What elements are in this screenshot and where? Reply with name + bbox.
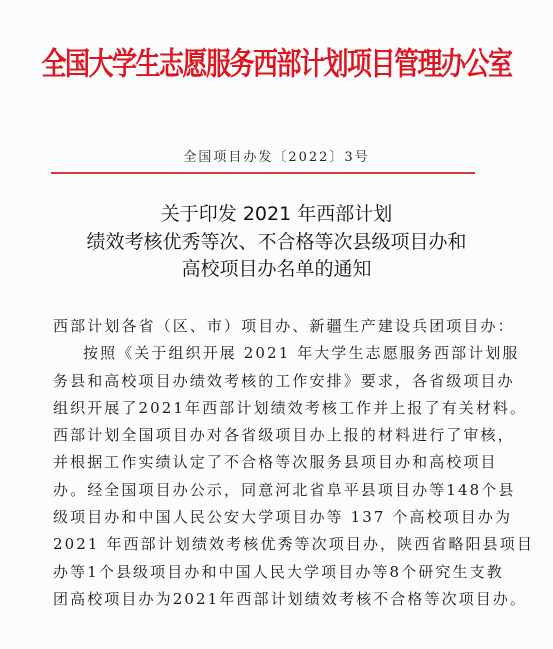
salutation: 西部计划各省（区、市）项目办、新疆生产建设兵团项目办： [53, 313, 473, 340]
body-line: 并根据工作实绩认定了不合格等次服务县项目办和高校项目 [53, 449, 473, 476]
body-line: 级项目办和中国人民公安大学项目办等 137 个高校项目办为 [53, 504, 473, 531]
document-body: 西部计划各省（区、市）项目办、新疆生产建设兵团项目办： 按照《关于组织开展 20… [53, 313, 473, 613]
title-line: 绩效考核优秀等次、不合格等次县级项目办和 [0, 229, 553, 257]
document-number: 全国项目办发〔2022〕3号 [0, 146, 553, 165]
body-line: 2021 年西部计划绩效考核优秀等次项目办，陕西省略阳县项目 [53, 531, 473, 558]
issuer-header: 全国大学生志愿服务西部计划项目管理办公室 [0, 40, 553, 85]
body-line: 务县和高校项目办绩效考核的工作安排》要求，各省级项目办 [53, 368, 473, 395]
body-line: 办。经全国项目办公示，同意河北省阜平县项目办等148个县 [53, 477, 473, 504]
document-title: 关于印发 2021 年西部计划 绩效考核优秀等次、不合格等次县级项目办和 高校项… [0, 201, 553, 284]
title-line: 高校项目办名单的通知 [0, 256, 553, 284]
body-line: 团高校项目办为2021年西部计划绩效考核不合格等次项目办。 [53, 586, 473, 613]
body-line: 按照《关于组织开展 2021 年大学生志愿服务西部计划服 [53, 340, 473, 367]
body-line: 办等1个县级项目办和中国人民大学项目办等8个研究生支教 [53, 559, 473, 586]
body-line: 组织开展了2021年西部计划绩效考核工作并上报了有关材料。 [53, 395, 473, 422]
title-line: 关于印发 2021 年西部计划 [0, 201, 553, 229]
body-line: 西部计划全国项目办对各省级项目办上报的材料进行了审核， [53, 422, 473, 449]
red-divider [51, 172, 475, 174]
